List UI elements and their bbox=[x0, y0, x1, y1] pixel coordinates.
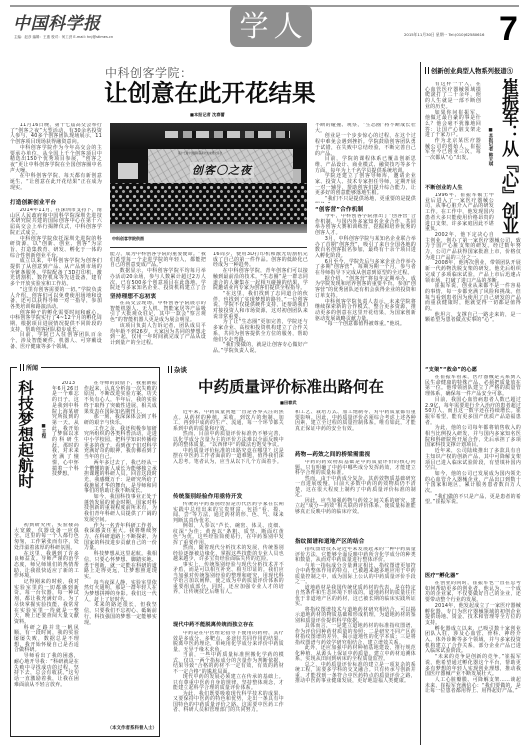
paragraph: 今年，中科创客学院推出了“创客营”合作机制，与国内外多家知名企业合作，共同举办创… bbox=[315, 214, 416, 237]
profile-byline: ■本报记者 韩天琪 bbox=[487, 128, 493, 166]
paragraph: 中药是在中医理论指导下使用的药物，其疗效是多成分、多靶点、多途径共同作用的结果。… bbox=[173, 631, 284, 653]
paragraph: 例如，人参以“芦长、碗密、体灵、皮细、纹深”为佳；黄连以“条粗、质坚、断面红黄色… bbox=[173, 524, 284, 546]
paragraph: 当前，一些中药质量标准照搬化学药的模式，仅以一两个指标成分的含量作为判断依据，结… bbox=[173, 653, 284, 675]
paragraph: 崔振军说，创业从来都不是一件容易的事情，每一步都充满了风险和挑战。但每当看到患者… bbox=[425, 284, 521, 313]
paragraph: 两年多过去了，我已经从一个懵懂的新人成长为能够独立承担课题的科研人员。回首这段时… bbox=[84, 461, 157, 495]
article-byline: ■本报记者 沈春蕾 bbox=[190, 112, 225, 118]
article-subhead: 打造创新创业平台 bbox=[10, 198, 56, 206]
section-marker-icon bbox=[20, 364, 24, 371]
headline-wrap-spacer bbox=[494, 193, 521, 233]
commentary-subhead: 药物—药效之间的桥梁需重视 bbox=[295, 450, 370, 458]
commentary-subhead: 现代中药不能脱离传统而独立存在 bbox=[173, 621, 254, 628]
photo-caption: 中科创客学院供图 bbox=[112, 236, 144, 242]
photo-divider bbox=[110, 247, 307, 248]
paragraph: 孵化器成立以来，已吸引数十家创业团队入驻，涉及心血管、骨科、神经介入、体外诊断等… bbox=[425, 627, 521, 656]
paragraph: 导师看出了我的困惑，耐心地开导我：“科研就是在失败中寻找成功的过程，坚持下去，总… bbox=[14, 654, 79, 688]
paragraph: 学院还建立了创客导师库，邀请企业家、投资人、技术专家担任导师，定期开展一对一辅导… bbox=[315, 174, 416, 197]
paragraph: 每当夜深人静，实验室里依然灯火通明，那是一群年轻人在为梦想拼搏的身影。我们这一代… bbox=[84, 581, 157, 604]
paragraph: 工作之余，我还积极参加研究所组织的各类科普活动，走进中小学校园，把科学知识传播给… bbox=[84, 427, 157, 461]
masthead-credits: 主编：赵彦 编辑：王惠 校对：何工劲 E-mail: hnj@stimes.cn bbox=[14, 34, 113, 39]
column-box: 所闻 科技梦想起航时 ■王程 2013年6月26日是一个难忘的日子。这是我到中科… bbox=[10, 367, 160, 737]
profile-body-incubator: 在创业的同时，崔振军也一直在思考如何帮助更多的创业者。他认为，一个成功的企业家，… bbox=[425, 581, 521, 741]
article-body-platform: 2014年11月，在深圳市支持下，南山区人民政府和中国科学院深圳先进技术研究院共… bbox=[10, 208, 102, 355]
paragraph: 近年来，中药质量问题一直是各界关注的焦点。从药材的种植、采收，到饮片的炮制、加工… bbox=[173, 410, 284, 432]
paragraph: 中科创客学院依托深圳先进院的科研资源，以“创新、创业、创客”为宗旨，打造集教育、… bbox=[10, 237, 102, 260]
paragraph: 记得刚来的时候，我对实验室里的一切都感到新奇。每一台仪器，每一种试剂，都让我充满… bbox=[14, 580, 79, 626]
paragraph: 如今，他的公司已发展成为国内领先的心血管介入器械企业，产品出口到数十个国家和地区… bbox=[425, 472, 521, 495]
column-body-col1: 初到研究所，实验楼高大宽敞，仪器设备一应俱全。这里的每一个人都行色匆匆，工作紧张… bbox=[14, 523, 79, 733]
group-photo: 第十七届中国国际高新技术成果交易会 创客〇之夜 bbox=[110, 123, 307, 233]
paragraph: 指纹图谱技术是近年来发展起来的一种中药质量评价方法，它能够全面反映中药所含化学成… bbox=[295, 547, 416, 564]
page-number: 7 bbox=[499, 12, 518, 46]
photo-backdrop-title: 创客〇之夜 bbox=[190, 162, 254, 178]
section-marker-icon bbox=[425, 67, 429, 74]
paragraph: 中药质量评价标准的出路究竟在哪里？这是摆在中医药工作者面前的一道难题，值得我们深… bbox=[173, 449, 284, 466]
commentary-body-col1-c: 中药是在中医理论指导下使用的药物，其疗效是多成分、多靶点、多途径共同作用的结果。… bbox=[173, 631, 284, 745]
paragraph: 中科创客学院作为今年高交会的主要承办单位，从全国上千个创客项目中精选出150个优… bbox=[10, 146, 102, 175]
article-body-camp: 今年，中科创客学院推出了“创客营”合作机制，与国内外多家知名企业合作，共同举办创… bbox=[315, 214, 416, 355]
commentary-label: 杂谈 bbox=[168, 365, 187, 374]
paragraph: “我们不只是提供场地，更重要的是提供服务。” bbox=[315, 197, 416, 203]
paragraph: 如今，我国科技事业正处于蓬勃发展的黄金时期，国家对科技创新的重视程度前所未有，为… bbox=[84, 495, 157, 524]
paragraph: “未来的竞争是创新的竞争。”崔振军说，他希望通过孵化器这个平台，帮助更多有梦想的… bbox=[425, 655, 521, 678]
paragraph: “我们要做的，就是让创客专心做好产品。”学院负责人说。 bbox=[213, 343, 308, 354]
paragraph: 科技梦想从这里起航。我相信，只要心怀梦想、脚踏实地、勇于创新，就一定能在科研的道… bbox=[84, 552, 157, 581]
profile-body-intro: 有这样一个人，在心血管医疗器械领域摸爬滚打了二十余年，他的人生就是一部不断创业的… bbox=[425, 82, 481, 182]
paragraph: 在创业的同时，崔振军也一直在思考如何帮助更多的创业者。他认为，一个成功的企业家，… bbox=[425, 581, 521, 604]
paragraph: 在这里，我遇到了许多良师益友。导师严谨的治学态度，师兄师姐们的热情帮助，让我很快… bbox=[14, 552, 79, 581]
paragraph: 数据显示，中科创客学院平均每月举办活动20余场，参与人数累计超过2万人次，已有5… bbox=[110, 269, 206, 290]
paragraph: 创业是一个步步惊心的过程，在这个过程中难免会遇到挫折。学院鼓励创客团队勇于试错，… bbox=[315, 134, 416, 157]
photo-stage-floor bbox=[110, 224, 307, 233]
paragraph: 有这样一个人，在心血管医疗器械领域摸爬滚打了二十余年，他的人生就是一部不断创业的… bbox=[425, 82, 481, 111]
column-label: 所闻 bbox=[17, 363, 41, 372]
series-header-label: 创新创业典型人物系列报道⑤ bbox=[431, 66, 513, 75]
paragraph: 然而，由于中药成分复杂，其药效物质基础研究一直进展缓慢。目前大多数中药的药效物质… bbox=[295, 477, 416, 499]
paragraph: 为此，我们既要吸收现代科学技术的成果，又要保持中医药的特色和优势，走出一条具有中… bbox=[173, 692, 284, 714]
paragraph: 2014年11月，在深圳市支持下，南山区人民政府和中国科学院深圳先进技术研究院共… bbox=[10, 208, 102, 237]
commentary-byline: ■田春武 bbox=[280, 400, 297, 406]
commentary-subhead: 指纹图谱和道地产区的结合 bbox=[295, 537, 365, 545]
paragraph: 为此，他的公司每年都将销售收入的相当比例投入研发，并与国内多家知名医院和科研院所… bbox=[425, 426, 521, 449]
author-note: （本文作者系科普人士） bbox=[84, 725, 157, 731]
article-headline[interactable]: 让创意在此开花结果 bbox=[104, 82, 316, 106]
article-body-right-a: 不断的碰撞、观察，“生态圈”将不断成长壮大。创业是一个步步惊心的过程，在这个过程… bbox=[315, 123, 416, 203]
paragraph: 在中科创客学院，青年创客们可以接触到最前沿的技术。“生态圈”是一群志同道合的人聚… bbox=[213, 269, 308, 292]
column-headline[interactable]: 科技梦想起航时 bbox=[17, 380, 34, 489]
paragraph: 作为北京某医疗器械公司的创始人，崔振军至今已创业三次，每一次都从“心”出发。 bbox=[425, 139, 481, 162]
commentary-label-text: 杂谈 bbox=[174, 365, 187, 374]
masthead-logo: 中国科学报 bbox=[13, 9, 101, 34]
paragraph: 在中科创客学院，每天都有新创意诞生，“让创意在此开花结果”正在成为现实。 bbox=[10, 174, 102, 191]
commentary-body-col2-c: 指纹图谱技术是近年来发展起来的一种中药质量评价方法，它能够全面反映中药所含化学成… bbox=[295, 547, 416, 745]
paragraph: 作为一名青年科研工作者，我深感责任重大。我将继续努力，在科研道路上不断探索，为国… bbox=[84, 524, 157, 553]
paragraph: 将指纹图谱技术与道地药材研究相结合，可以揭示道地药材的物质基础和形成机理，为道地… bbox=[295, 608, 416, 625]
paragraph: 传统的中药鉴别经验是历代医药学家在长期实践中总结出来的宝贵财富，包括“看、摸、闻… bbox=[173, 502, 284, 524]
paragraph: 然而，目前中药质量评价标准仍不够完善，以化学成分含量为主的评价方法难以全面反映中… bbox=[173, 432, 284, 449]
paragraph: 2002年，他下定决心自主创业，创办了第一家医疗器械公司，致力于国产心脏支架的研… bbox=[425, 233, 521, 262]
photo-side-sign bbox=[118, 163, 138, 179]
paragraph: 他坦言，支撑自己一路走来的，是一颗希望为患者做点实事的“心”。 bbox=[425, 313, 521, 324]
paragraph: 此外，还应加强中药材种植基地建设，推行规范化种植，从源头上保证中药质量。建立中药… bbox=[295, 646, 416, 663]
paragraph: “这里有创客需要的一切。”学院负责人介绍，创客们可以免费使用场地和设备，还可以获… bbox=[10, 288, 102, 311]
profile-body-wish: 在崔振军看来，医疗器械是关系到人民生命健康的特殊产品，必须把质量放在第一位。他带… bbox=[425, 375, 521, 570]
paragraph: 未来的路还很长，但我坚信，只要我们不忘初心、砥砺前行，科技强国的梦想一定能够实现… bbox=[84, 603, 157, 626]
paragraph: 现代中药的发展必须建立在传承的基础上。只有尊重中医药自身的规律，坚持整体观念，才… bbox=[173, 675, 284, 692]
article-subhead: “创客营”合作机制 bbox=[315, 205, 363, 213]
paragraph: 2008年，他再次创业，带领团队开展新一代药物洗脱支架的研发。他先后组织完成了多… bbox=[425, 261, 521, 284]
paragraph: 目前，我国心血管病患者人数已超过2.9亿，每年需要进行介入治疗的患者超过50万人… bbox=[425, 398, 521, 427]
article-subhead: 坚持理想不忘初衷 bbox=[110, 292, 156, 300]
paragraph: 然而，随着现代分析技术的发展，传统鉴别经验逐渐被边缘化，掌握这些技能的专业人员也… bbox=[173, 546, 284, 563]
paragraph: 2014年，他发起成立了一家医疗器械孵化器，专门为医疗器械领域的初创企业提供场地… bbox=[425, 604, 521, 627]
profile-subhead: 不断创业的人生 bbox=[425, 184, 463, 191]
article-body-intro: 11月16日晚，第十七届高交会举行了“创客之夜”大型活动，有30余名投资人参与，… bbox=[10, 123, 102, 197]
paragraph: 与单一指标成分含量测定相比，指纹图谱更加符合中药整体作用的特点，已被越来越多地应… bbox=[295, 564, 416, 586]
photo-banner-text: 第十七届中国国际高新技术成果交易会 bbox=[178, 151, 222, 155]
sidebar-profile-article: 创新创业典型人物系列报道⑤ 有这样一个人，在心血管医疗器械领域摸爬滚打了二十余年… bbox=[420, 62, 524, 745]
paragraph: 创客种子的孵化需要时间和耐心。中科创客学院实行了4~12个月的孵化周期，根据项目… bbox=[10, 311, 102, 334]
paragraph: 科研之路并非一帆风顺。有一段时间，我的实验屡屡失败，数据总是不理想，我开始怀疑自… bbox=[14, 626, 79, 655]
paragraph: 据介绍，“创客营”将每年定期举办，成为学院发现和培养创客的重要平台。参加“创客营… bbox=[315, 277, 416, 300]
commentary-subhead: 传统鉴别经验作用亟待开发 bbox=[173, 492, 243, 500]
commentary-body-col1-a: 近年来，中药质量问题一直是各界关注的焦点。从药材的种植、采收，到饮片的炮制、加工… bbox=[173, 410, 284, 490]
paragraph: 道地药材是我国传统优质药材的代表，是在特定自然条件和生态环境下形成的。道地药材的… bbox=[295, 586, 416, 608]
profile-subhead: 医疗“孵化器” bbox=[425, 572, 459, 579]
paragraph: 人工心脏瓣膜、可降解支架……谈起未来，崔振军充满信心：“我们要做的，是让每一位患… bbox=[425, 678, 521, 695]
paragraph: 2013年6月26日是一个难忘的日子。这是我到中科院上海某研究所报到的第一天。从… bbox=[52, 381, 79, 478]
article-body-mid-b: 16周岁，使用3D打印机和激光切割机完成了自己的第一件作品。创客的低龄化已经成为… bbox=[213, 252, 308, 355]
paragraph: 因此，应当加强药物与药效之间关系的研究，建立起“成分—药效”相关联的评价体系，使… bbox=[295, 499, 416, 516]
paragraph: 目前，学院的课程体系已覆盖创新思维、产品设计、商业模式、融资技巧等多个方面，每年… bbox=[315, 157, 416, 174]
paragraph: 为了让“生态圈”更加完善，学院还与多家企业、高校和投资机构建立了合作关系，共同为… bbox=[213, 320, 308, 343]
paragraph: 成立以来，中科创客学院为创客们提供了从创意到产品、从产品到市场的全链条服务。学院… bbox=[10, 259, 102, 288]
profile-subhead: “支架”“救命”的心愿 bbox=[425, 366, 477, 373]
paragraph: 3月，中科创客学院与某知名企业联合举办了首期“创客营”，吸引了来自全国各地的数百… bbox=[315, 237, 416, 260]
paragraph: 在崔振军看来，医疗器械是关系到人民生命健康的特殊产品，必须把质量放在第一位。他带… bbox=[425, 375, 521, 398]
paragraph: 那一刻，我深深体会到了科研的艰辛与快乐。 bbox=[84, 415, 157, 426]
paragraph: 在导师的鼓励下，我重新振作起来，认真分析每一次失败的原因，不断改进实验方案。功夫… bbox=[84, 381, 157, 415]
paragraph: 中药的药效物质基础是中药质量评价的核心问题。只有明确了中药中哪些成分发挥药效，才… bbox=[295, 460, 416, 477]
column-body-narrow: 2013年6月26日是一个难忘的日子。这是我到中科院上海某研究所报到的第一天。从… bbox=[52, 381, 79, 521]
paragraph: 如果你问崔振军，他做过最自豪的事是什么？他会毫不犹豫地回答：让国产心脏支架走进了… bbox=[425, 111, 481, 140]
section-tab-label: 学人 bbox=[234, 12, 307, 41]
dateline: 2015年11月30日 星期一 Tel:(010)62580616 bbox=[404, 32, 484, 38]
photo-crowd bbox=[110, 183, 307, 225]
commentary-article: 杂谈 中药质量评价标准出路何在 ■田春武 近年来，中药质量问题一直是各界关注的焦… bbox=[165, 360, 418, 745]
paragraph: 和工艺、栽培方式、加工炮制等，对中药质量都有重要影响。因此，中药质量评价必须综合… bbox=[295, 410, 416, 432]
paragraph: 近年来，公司陆续推出了多款具有自主知识产权的创新产品，其中可降解支架项目已进入临… bbox=[425, 449, 521, 472]
paragraph: 能力，成为中科创客学院的重要使命。“我们希望每一个走进学院的年轻人，都能把自己的… bbox=[110, 252, 206, 269]
photo-stage-lights bbox=[165, 131, 290, 138]
series-header: 创新创业典型人物系列报道⑤ bbox=[425, 66, 513, 75]
profile-body-career: 1996年，崔振军硕士毕业后进入了一家医疗器械公司，从事心脏介入产品的研发工作。… bbox=[425, 193, 521, 364]
paragraph: 11月16日晚，第十七届高交会举行了“创客之夜”大型活动，有30余名投资人参与，… bbox=[10, 123, 102, 146]
paragraph: 中科创客学院负责人表示，未来学院将继续探索新的合作模式，整合更多资源，推动更多的… bbox=[315, 300, 416, 323]
paragraph: “我们做的不只是产品，更是患者的希望。”崔振军说。 bbox=[425, 495, 521, 506]
article-makerspace: 中科创客学院： 让创意在此开花结果 ■本报记者 沈春蕾 11月16日晚，第十七届… bbox=[10, 60, 418, 358]
commentary-body-col2-a: 和工艺、栽培方式、加工炮制等，对中药质量都有重要影响。因此，中药质量评价必须综合… bbox=[295, 410, 416, 448]
paragraph: “在这里，我们找到了志同道合的伙伴，也找到了实现梦想的路径。”一位创客说，学院不… bbox=[213, 292, 308, 321]
section-marker-icon bbox=[168, 366, 172, 373]
article-body-ideals: 在高交会现场，中科创客学院展示的智能机器人、无人机、智能家居等产品吸引了大批观众… bbox=[110, 301, 206, 355]
article-body-mid-a: 能力，成为中科创客学院的重要使命。“我们希望每一个走进学院的年轻人，都能把自己的… bbox=[110, 252, 206, 290]
column-label-text: 所闻 bbox=[26, 363, 38, 372]
paragraph: 总之，中药质量评价标准的建立是一项复杂的系统工程，需要多学科的交叉融合。只有传承… bbox=[295, 663, 416, 685]
paragraph: 目前，学院已入驻创客团队百余个，涉及智能硬件、机器人、可穿戴设备、医疗健康等多个… bbox=[10, 333, 102, 350]
paragraph: 16周岁，使用3D打印机和激光切割机完成了自己的第一件作品。创客的低龄化已经成为… bbox=[213, 252, 308, 269]
paragraph: 6月至今，学院先后与多家企业合作举办了多期“创客营”，每期为期一个月，参与者在导… bbox=[315, 260, 416, 277]
column-byline: ■王程 bbox=[40, 424, 46, 438]
paragraph: 具体而言，一是建立道地药材的标准指纹图谱，作为评价同种药材质量的参照；二是研究不… bbox=[295, 624, 416, 646]
section-tab: 学人 bbox=[230, 5, 312, 47]
paragraph: “每一个创意都值得被尊重。”他说。 bbox=[315, 322, 416, 328]
paragraph: 在高交会现场，中科创客学院展示的智能机器人、无人机、智能家居等产品吸引了大批观众… bbox=[110, 301, 206, 324]
commentary-body-col2-b: 中药的药效物质基础是中药质量评价的核心问题。只有明确了中药中哪些成分发挥药效，才… bbox=[295, 460, 416, 534]
paragraph: 初到研究所，实验楼高大宽敞，仪器设备一应俱全。这里的每一个人都行色匆匆，工作紧张… bbox=[14, 523, 79, 552]
paragraph: 事实上，传统鉴别经验与现代分析技术并不矛盾，而是可以相互补充、相互印证的。我们应… bbox=[173, 563, 284, 596]
column-body-col2: 在导师的鼓励下，我重新振作起来，认真分析每一次失败的原因，不断改进实验方案。功夫… bbox=[84, 381, 157, 724]
paragraph: 该项目负责人告诉记者，团队成员平均年龄不到26岁，大家因为共同的梦想走到一起，仅… bbox=[110, 324, 206, 347]
commentary-headline[interactable]: 中药质量评价标准出路何在 bbox=[198, 380, 384, 396]
commentary-body-col1-b: 传统的中药鉴别经验是历代医药学家在长期实践中总结出来的宝贵财富，包括“看、摸、闻… bbox=[173, 502, 284, 618]
